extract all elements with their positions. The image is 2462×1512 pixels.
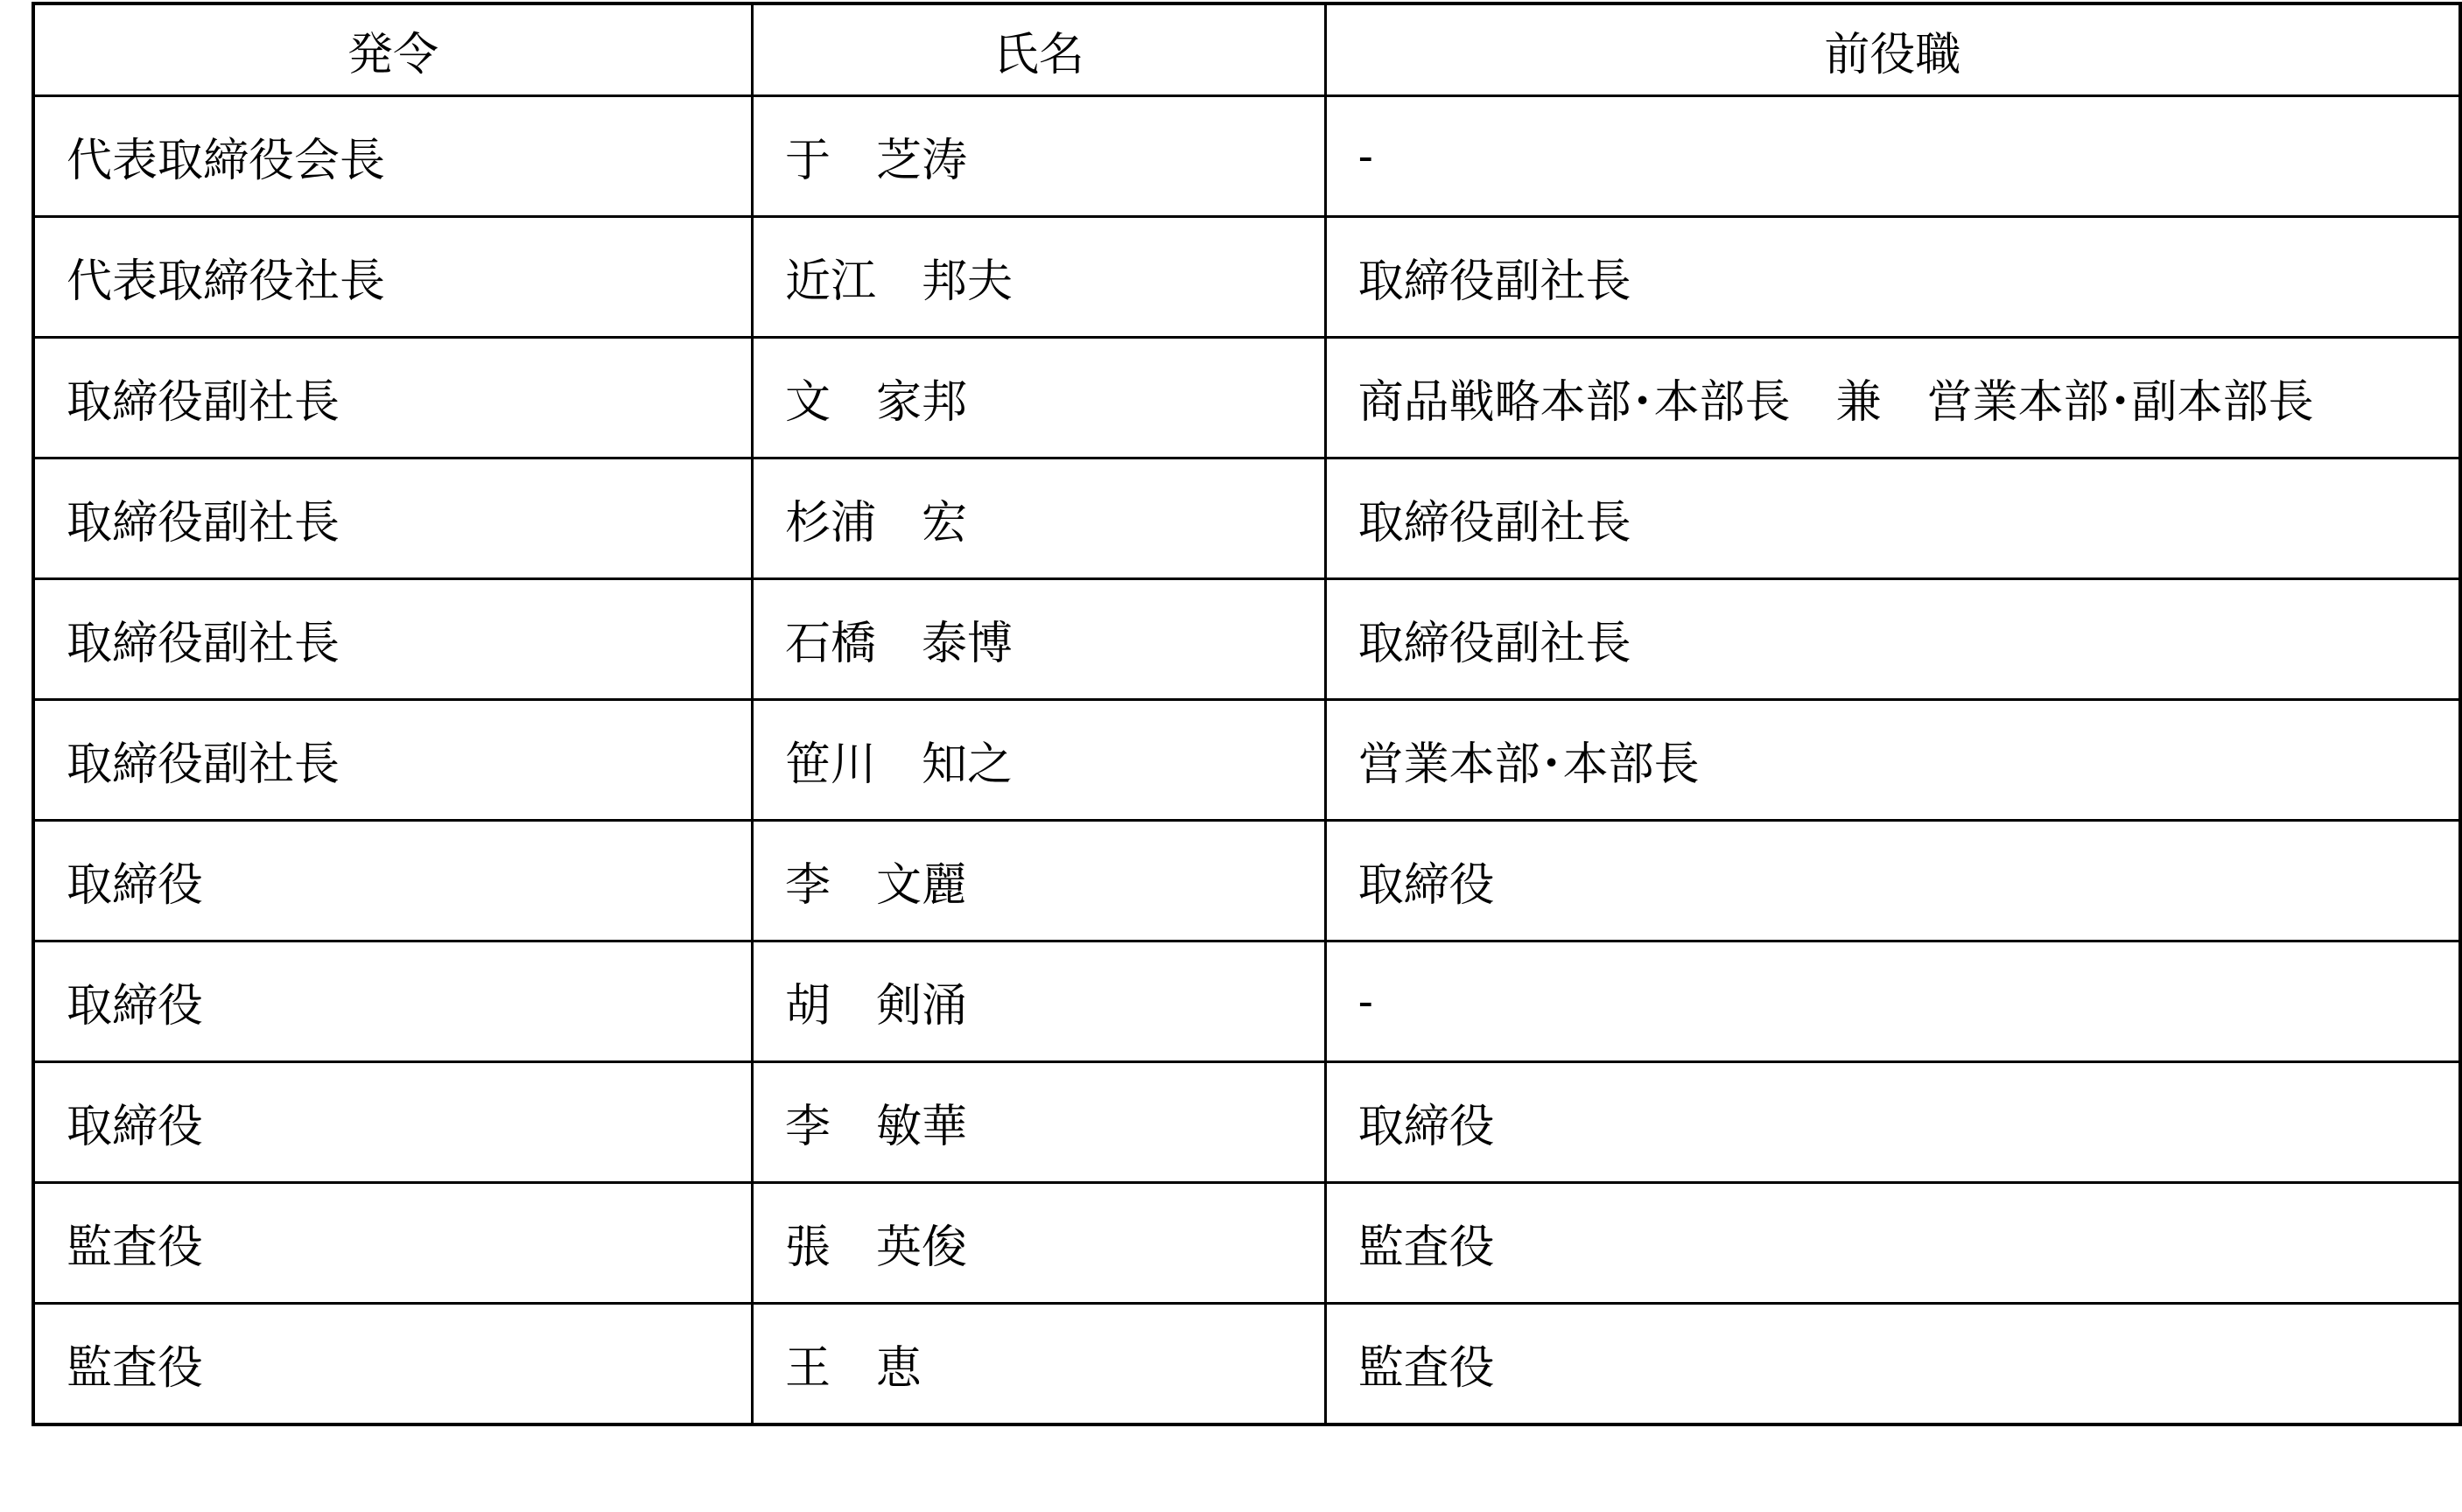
cell-name: 胡 剣涌 (753, 941, 1326, 1062)
cell-appointment: 取締役 (33, 941, 753, 1062)
cell-previous-position: 取締役副社長 (1325, 217, 2460, 338)
cell-appointment: 取締役副社長 (33, 700, 753, 821)
cell-name: 李 敏華 (753, 1062, 1326, 1183)
table-row: 取締役 李 敏華 取締役 (33, 1062, 2460, 1183)
table-row: 監査役 張 英俊 監査役 (33, 1183, 2460, 1304)
table-row: 監査役 王 恵 監査役 (33, 1304, 2460, 1425)
cell-appointment: 取締役副社長 (33, 338, 753, 458)
table-row: 取締役 胡 剣涌 - (33, 941, 2460, 1062)
cell-appointment: 取締役 (33, 821, 753, 941)
table-row: 取締役 李 文麗 取締役 (33, 821, 2460, 941)
cell-previous-position: 取締役副社長 (1325, 579, 2460, 700)
cell-appointment: 取締役 (33, 1062, 753, 1183)
column-header-name: 氏名 (753, 3, 1326, 96)
cell-appointment: 監査役 (33, 1304, 753, 1425)
cell-name: 張 英俊 (753, 1183, 1326, 1304)
cell-previous-position: 取締役副社長 (1325, 458, 2460, 579)
executive-appointments-table: 発令 氏名 前役職 代表取締役会長 于 芝涛 - 代表取締役社長 近江 邦夫 取… (32, 2, 2462, 1426)
cell-previous-position: 取締役 (1325, 1062, 2460, 1183)
cell-name: 杉浦 宏 (753, 458, 1326, 579)
cell-name: 李 文麗 (753, 821, 1326, 941)
cell-previous-position: 監査役 (1325, 1304, 2460, 1425)
table-row: 取締役副社長 文 家邦 商品戦略本部･本部長 兼 営業本部･副本部長 (33, 338, 2460, 458)
cell-appointment: 代表取締役社長 (33, 217, 753, 338)
cell-previous-position: 営業本部･本部長 (1325, 700, 2460, 821)
table-row: 代表取締役会長 于 芝涛 - (33, 96, 2460, 217)
table-row: 取締役副社長 笹川 知之 営業本部･本部長 (33, 700, 2460, 821)
table-header-row: 発令 氏名 前役職 (33, 3, 2460, 96)
cell-appointment: 取締役副社長 (33, 579, 753, 700)
cell-previous-position: 監査役 (1325, 1183, 2460, 1304)
column-header-appointment: 発令 (33, 3, 753, 96)
cell-name: 文 家邦 (753, 338, 1326, 458)
cell-previous-position: 取締役 (1325, 821, 2460, 941)
cell-appointment: 取締役副社長 (33, 458, 753, 579)
table-row: 取締役副社長 杉浦 宏 取締役副社長 (33, 458, 2460, 579)
table-row: 取締役副社長 石橋 泰博 取締役副社長 (33, 579, 2460, 700)
cell-name: 近江 邦夫 (753, 217, 1326, 338)
cell-appointment: 代表取締役会長 (33, 96, 753, 217)
cell-appointment: 監査役 (33, 1183, 753, 1304)
column-header-previous-position: 前役職 (1325, 3, 2460, 96)
cell-previous-position: - (1325, 941, 2460, 1062)
cell-name: 王 恵 (753, 1304, 1326, 1425)
cell-name: 于 芝涛 (753, 96, 1326, 217)
cell-name: 笹川 知之 (753, 700, 1326, 821)
table-row: 代表取締役社長 近江 邦夫 取締役副社長 (33, 217, 2460, 338)
cell-previous-position: 商品戦略本部･本部長 兼 営業本部･副本部長 (1325, 338, 2460, 458)
cell-name: 石橋 泰博 (753, 579, 1326, 700)
cell-previous-position: - (1325, 96, 2460, 217)
